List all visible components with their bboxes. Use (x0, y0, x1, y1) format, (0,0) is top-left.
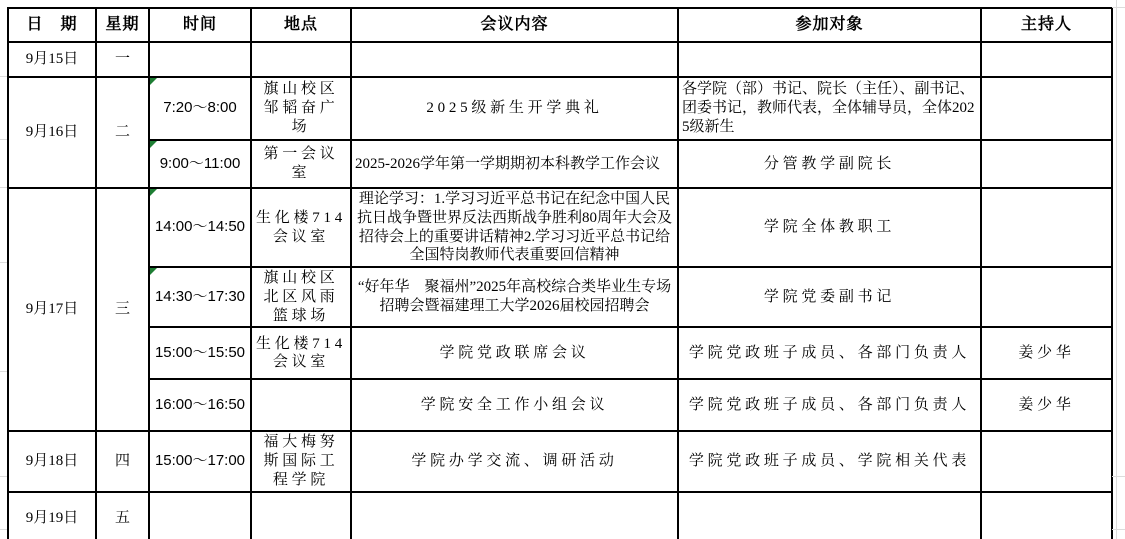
time-cell[interactable]: 7:20～8:00 (149, 77, 251, 140)
gridline (1112, 529, 1125, 530)
time-cell[interactable]: 15:00～15:50 (149, 327, 251, 379)
place-cell[interactable]: 福大梅努斯国际工程学院 (251, 431, 351, 491)
spreadsheet-viewport: 日 期 星期 时间 地点 会议内容 参加对象 主持人 9月15日 一 (0, 0, 1125, 539)
row-0916-2: 9:00～11:00 第一会议室 2025-2026学年第一学期期初本科教学工作… (8, 140, 1112, 188)
error-indicator-icon (150, 268, 157, 275)
content-cell[interactable]: 学院党政联席会议 (351, 327, 678, 379)
place-cell[interactable]: 生化楼714会议室 (251, 327, 351, 379)
schedule-table: 日 期 星期 时间 地点 会议内容 参加对象 主持人 9月15日 一 (7, 7, 1113, 539)
date-cell[interactable]: 9月16日 (8, 77, 96, 188)
week-cell[interactable]: 三 (96, 188, 149, 431)
week-cell[interactable]: 二 (96, 77, 149, 188)
gridline (0, 139, 7, 140)
error-indicator-icon (150, 78, 157, 85)
gridline (0, 529, 7, 530)
time-cell[interactable]: 14:30～17:30 (149, 267, 251, 327)
place-cell[interactable]: 旗山校区北区风雨篮球场 (251, 267, 351, 327)
time-text: 9:00～11:00 (160, 155, 241, 172)
content-cell[interactable] (351, 42, 678, 77)
row-0917-4: 16:00～16:50 学院安全工作小组会议 学院党政班子成员、各部门负责人 姜… (8, 379, 1112, 431)
date-cell[interactable]: 9月17日 (8, 188, 96, 431)
week-cell[interactable]: 一 (96, 42, 149, 77)
participants-cell[interactable]: 分管教学副院长 (678, 140, 981, 188)
participants-cell[interactable] (678, 42, 981, 77)
date-cell[interactable]: 9月19日 (8, 492, 96, 539)
header-date[interactable]: 日 期 (8, 8, 96, 42)
gridline (0, 262, 7, 263)
time-cell[interactable]: 16:00～16:50 (149, 379, 251, 431)
row-0915: 9月15日 一 (8, 42, 1112, 77)
time-cell[interactable] (149, 492, 251, 539)
gridline (1112, 476, 1125, 477)
content-cell[interactable]: “好年华 聚福州”2025年高校综合类毕业生专场招聘会暨福建理工大学2026届校… (351, 267, 678, 327)
content-cell[interactable]: 学院办学交流、调研活动 (351, 431, 678, 491)
host-cell[interactable] (981, 188, 1112, 267)
row-0917-2: 14:30～17:30 旗山校区北区风雨篮球场 “好年华 聚福州”2025年高校… (8, 267, 1112, 327)
host-cell[interactable]: 姜少华 (981, 327, 1112, 379)
time-cell[interactable]: 15:00～17:00 (149, 431, 251, 491)
row-0917-3: 15:00～15:50 生化楼714会议室 学院党政联席会议 学院党政班子成员、… (8, 327, 1112, 379)
participants-cell[interactable]: 学院党委副书记 (678, 267, 981, 327)
host-cell[interactable] (981, 492, 1112, 539)
header-host[interactable]: 主持人 (981, 8, 1112, 42)
content-cell[interactable]: 2025-2026学年第一学期期初本科教学工作会议 (351, 140, 678, 188)
host-cell[interactable] (981, 267, 1112, 327)
time-cell[interactable]: 14:00～14:50 (149, 188, 251, 267)
row-0916-1: 9月16日 二 7:20～8:00 旗山校区邹韬奋广场 2025级新生开学典礼 … (8, 77, 1112, 140)
gridline (0, 371, 7, 372)
content-cell[interactable]: 学院安全工作小组会议 (351, 379, 678, 431)
place-cell[interactable]: 第一会议室 (251, 140, 351, 188)
header-place[interactable]: 地点 (251, 8, 351, 42)
time-text: 14:30～17:30 (155, 288, 245, 305)
header-week[interactable]: 星期 (96, 8, 149, 42)
place-cell[interactable] (251, 42, 351, 77)
gridline (0, 187, 7, 188)
time-cell[interactable] (149, 42, 251, 77)
row-0917-1: 9月17日 三 14:00～14:50 生化楼714会议室 理论学习：1.学习习… (8, 188, 1112, 267)
host-cell[interactable] (981, 42, 1112, 77)
week-cell[interactable]: 五 (96, 492, 149, 539)
time-text: 7:20～8:00 (163, 99, 236, 116)
header-content[interactable]: 会议内容 (351, 8, 678, 42)
row-0919: 9月19日 五 (8, 492, 1112, 539)
row-0918: 9月18日 四 15:00～17:00 福大梅努斯国际工程学院 学院办学交流、调… (8, 431, 1112, 491)
host-cell[interactable] (981, 431, 1112, 491)
participants-cell[interactable]: 学院党政班子成员、各部门负责人 (678, 327, 981, 379)
participants-cell[interactable]: 各学院（部）书记、院长（主任）、副书记、团委书记，教师代表，全体辅导员，全体20… (678, 77, 981, 140)
participants-cell[interactable]: 学院党政班子成员、学院相关代表 (678, 431, 981, 491)
participants-cell[interactable] (678, 492, 981, 539)
date-cell[interactable]: 9月15日 (8, 42, 96, 77)
time-cell[interactable]: 9:00～11:00 (149, 140, 251, 188)
content-cell[interactable] (351, 492, 678, 539)
participants-cell[interactable]: 学院全体教职工 (678, 188, 981, 267)
error-indicator-icon (150, 141, 157, 148)
place-cell[interactable] (251, 492, 351, 539)
place-cell[interactable] (251, 379, 351, 431)
time-text: 14:00～14:50 (155, 218, 245, 235)
header-row: 日 期 星期 时间 地点 会议内容 参加对象 主持人 (8, 8, 1112, 42)
content-cell[interactable]: 2025级新生开学典礼 (351, 77, 678, 140)
place-cell[interactable]: 旗山校区邹韬奋广场 (251, 77, 351, 140)
header-participants[interactable]: 参加对象 (678, 8, 981, 42)
gridline (1116, 0, 1117, 539)
error-indicator-icon (150, 189, 157, 196)
gridline (1112, 7, 1125, 8)
gridline (0, 476, 7, 477)
host-cell[interactable]: 姜少华 (981, 379, 1112, 431)
host-cell[interactable] (981, 77, 1112, 140)
header-time[interactable]: 时间 (149, 8, 251, 42)
week-cell[interactable]: 四 (96, 431, 149, 491)
content-cell[interactable]: 理论学习：1.学习习近平总书记在纪念中国人民抗日战争暨世界反法西斯战争胜利80周… (351, 188, 678, 267)
place-cell[interactable]: 生化楼714会议室 (251, 188, 351, 267)
participants-cell[interactable]: 学院党政班子成员、各部门负责人 (678, 379, 981, 431)
gridline (0, 76, 7, 77)
host-cell[interactable] (981, 140, 1112, 188)
date-cell[interactable]: 9月18日 (8, 431, 96, 491)
